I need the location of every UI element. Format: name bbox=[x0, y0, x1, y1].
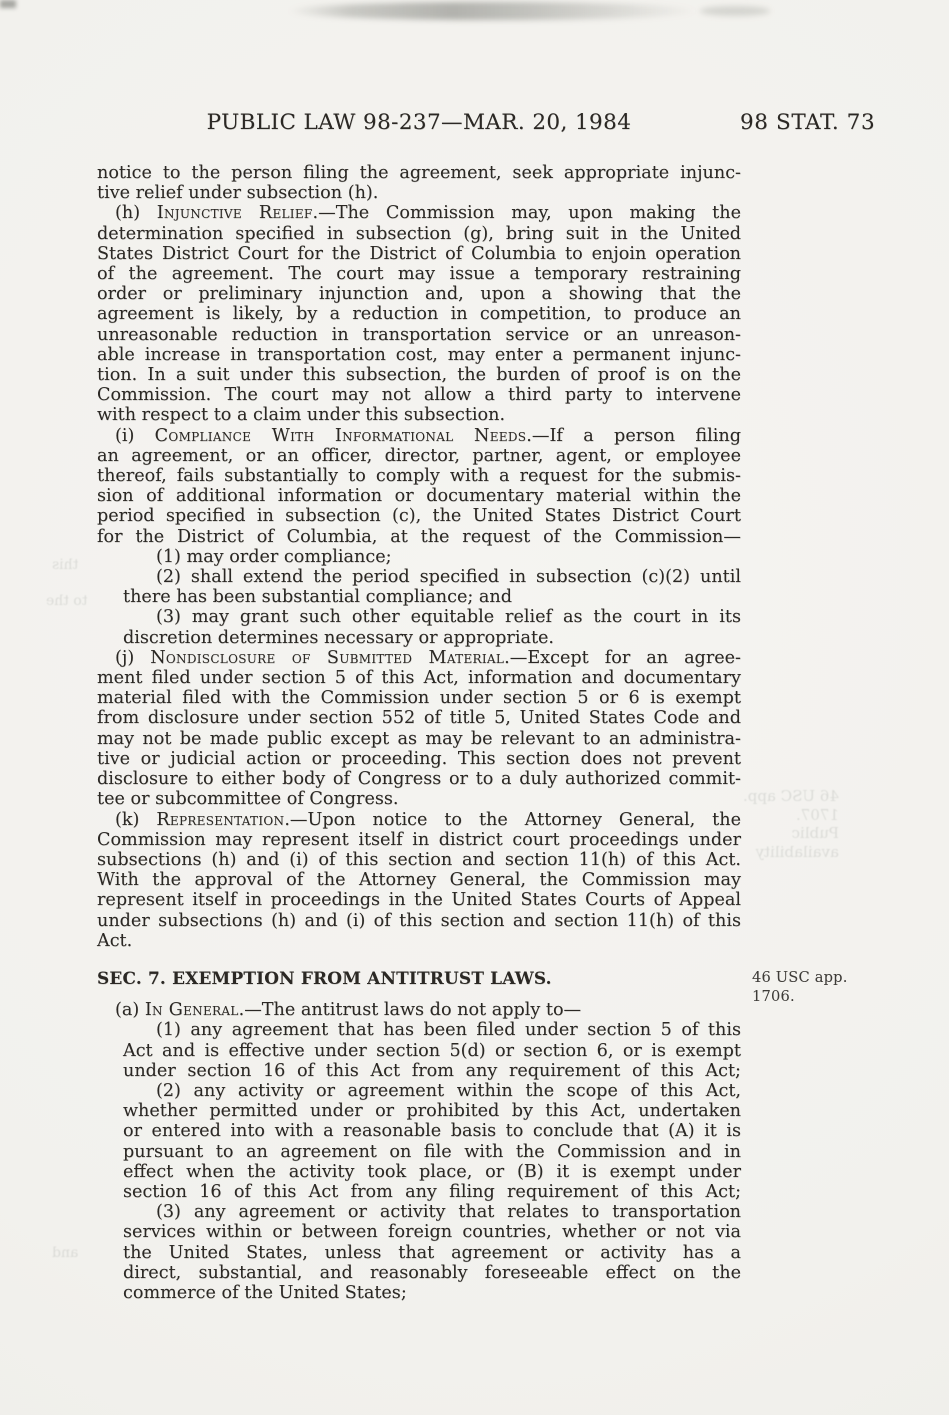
text-line: (k) Representation.—Upon notice to the A… bbox=[97, 810, 741, 830]
text-segment: (k) bbox=[115, 810, 156, 830]
text-segment: SEC. 7. EXEMPTION FROM ANTITRUST LAWS. bbox=[97, 968, 552, 988]
text-line: discretion determines necessary or appro… bbox=[123, 628, 741, 648]
bleedthrough-word: and bbox=[52, 1244, 78, 1263]
text-segment: thereof, fails substantially to comply w… bbox=[97, 466, 741, 486]
text-segment: Act. bbox=[97, 931, 132, 951]
text-segment: subsections (h) and (i) of this section … bbox=[97, 850, 741, 870]
text-line: may not be made public except as may be … bbox=[97, 729, 741, 749]
text-segment: (1) any agreement that has been filed un… bbox=[156, 1020, 741, 1040]
text-segment: tee or subcommittee of Congress. bbox=[97, 789, 399, 809]
text-segment: with respect to a claim under this subse… bbox=[97, 405, 505, 425]
ghost-text-line: to the bbox=[46, 592, 87, 611]
text-line: tion. In a suit under this subsection, t… bbox=[97, 365, 741, 385]
text-segment: from disclosure under section 552 of tit… bbox=[97, 708, 741, 728]
text-line: (a) In General.—The antitrust laws do no… bbox=[97, 1000, 741, 1020]
text-segment: tive relief under subsection (h). bbox=[97, 183, 378, 203]
text-line: whether permitted under or prohibited by… bbox=[123, 1101, 741, 1121]
text-segment: the United States, unless that agreement… bbox=[123, 1243, 741, 1263]
subitem-a-1: (1) any agreement that has been filed un… bbox=[123, 1020, 741, 1081]
text-segment: sion of additional information or docume… bbox=[97, 486, 741, 506]
paragraph-h-injunctive-relief: (h) Injunctive Relief.—The Commission ma… bbox=[97, 203, 741, 425]
text-line: of the agreement. The court may issue a … bbox=[97, 264, 741, 284]
text-segment: an agreement, or an officer, director, p… bbox=[97, 446, 741, 466]
running-header-law-title: PUBLIC LAW 98-237—MAR. 20, 1984 bbox=[97, 110, 741, 135]
text-segment: order or preliminary injunction and, upo… bbox=[97, 284, 741, 304]
ghost-text-line: 46 USC app. bbox=[743, 787, 839, 806]
ghost-text-line: this bbox=[52, 556, 78, 575]
text-segment: (3) any agreement or activity that relat… bbox=[156, 1202, 741, 1222]
text-line: disclosure to either body of Congress or… bbox=[97, 769, 741, 789]
text-line: tive relief under subsection (h). bbox=[97, 183, 741, 203]
scan-smudge-artifact bbox=[288, 2, 698, 20]
text-line: unreasonable reduction in transportation… bbox=[97, 325, 741, 345]
text-segment: section 16 of this Act from any filing r… bbox=[123, 1182, 741, 1202]
text-line: represent itself in proceedings in the U… bbox=[97, 890, 741, 910]
paragraph-runover: notice to the person filing the agreemen… bbox=[97, 163, 741, 203]
text-segment: .—The Commission may, upon making the bbox=[313, 203, 741, 223]
bleedthrough-word: to the bbox=[46, 592, 87, 611]
text-line: Commission may represent itself in distr… bbox=[97, 830, 741, 850]
text-line: agreement is likely, by a reduction in c… bbox=[97, 304, 741, 324]
text-line: able increase in transportation cost, ma… bbox=[97, 345, 741, 365]
running-header-statute-page: 98 STAT. 73 bbox=[740, 110, 875, 135]
text-segment: ment filed under section 5 of this Act, … bbox=[97, 668, 741, 688]
text-line: section 16 of this Act from any filing r… bbox=[123, 1182, 741, 1202]
text-segment: (2) shall extend the period specified in… bbox=[156, 567, 741, 587]
text-line: With the approval of the Attorney Genera… bbox=[97, 870, 741, 890]
text-line: direct, substantial, and reasonably fore… bbox=[123, 1263, 741, 1283]
text-segment: represent itself in proceedings in the U… bbox=[97, 890, 741, 910]
text-line: subsections (h) and (i) of this section … bbox=[97, 850, 741, 870]
text-line: SEC. 7. EXEMPTION FROM ANTITRUST LAWS. bbox=[97, 968, 741, 988]
text-segment: able increase in transportation cost, ma… bbox=[97, 345, 741, 365]
text-segment: direct, substantial, and reasonably fore… bbox=[123, 1263, 741, 1283]
subitem-i-2: (2) shall extend the period specified in… bbox=[123, 567, 741, 607]
text-line: pursuant to an agreement on file with th… bbox=[123, 1142, 741, 1162]
text-line: under section 16 of this Act from any re… bbox=[123, 1061, 741, 1081]
text-segment: .—If a person filing bbox=[526, 426, 741, 446]
text-segment: or entered into with a reasonable basis … bbox=[123, 1121, 741, 1141]
text-line: commerce of the United States; bbox=[123, 1283, 741, 1303]
paragraph-k-representation: (k) Representation.—Upon notice to the A… bbox=[97, 810, 741, 951]
text-line: (2) any activity or agreement within the… bbox=[123, 1081, 741, 1101]
text-line: effect when the activity took place, or … bbox=[123, 1162, 741, 1182]
scan-speck-artifact bbox=[700, 6, 770, 16]
scan-speck-artifact bbox=[0, 0, 16, 8]
text-line: there has been substantial compliance; a… bbox=[123, 587, 741, 607]
text-segment: may not be made public except as may be … bbox=[97, 729, 741, 749]
margin-note-line: 1706. bbox=[752, 988, 902, 1007]
small-caps-label: Injunctive Relief bbox=[157, 203, 313, 223]
small-caps-label: Nondisclosure of Submitted Material bbox=[150, 648, 504, 668]
text-segment: (2) any activity or agreement within the… bbox=[156, 1081, 741, 1101]
text-line: period specified in subsection (c), the … bbox=[97, 506, 741, 526]
paragraph-i-compliance: (i) Compliance With Informational Needs.… bbox=[97, 426, 741, 547]
text-segment: under subsections (h) and (i) of this se… bbox=[97, 911, 741, 931]
text-segment: Commission. The court may not allow a th… bbox=[97, 385, 741, 405]
text-line: material filed with the Commission under… bbox=[97, 688, 741, 708]
margin-note-usc-citation: 46 USC app.1706. bbox=[752, 969, 902, 1007]
text-segment: Commission may represent itself in distr… bbox=[97, 830, 741, 850]
text-line: ment filed under section 5 of this Act, … bbox=[97, 668, 741, 688]
text-line: or entered into with a reasonable basis … bbox=[123, 1121, 741, 1141]
subitem-a-2: (2) any activity or agreement within the… bbox=[123, 1081, 741, 1202]
text-line: (1) any agreement that has been filed un… bbox=[123, 1020, 741, 1040]
ghost-text-line: and bbox=[52, 1244, 78, 1263]
ghost-text-line: Public bbox=[743, 824, 839, 843]
subitem-i-3: (3) may grant such other equitable relie… bbox=[123, 607, 741, 647]
bleedthrough-word: this bbox=[52, 556, 78, 575]
text-segment: agreement is likely, by a reduction in c… bbox=[97, 304, 741, 324]
text-line: (3) may grant such other equitable relie… bbox=[123, 607, 741, 627]
text-line: thereof, fails substantially to comply w… bbox=[97, 466, 741, 486]
text-segment: (a) bbox=[115, 1000, 145, 1020]
text-segment: commerce of the United States; bbox=[123, 1283, 407, 1303]
text-segment: tion. In a suit under this subsection, t… bbox=[97, 365, 741, 385]
text-segment: disclosure to either body of Congress or… bbox=[97, 769, 741, 789]
statute-text-column: notice to the person filing the agreemen… bbox=[97, 163, 741, 1303]
text-line: under subsections (h) and (i) of this se… bbox=[97, 911, 741, 931]
paragraph-j-nondisclosure: (j) Nondisclosure of Submitted Material.… bbox=[97, 648, 741, 810]
text-line: (3) any agreement or activity that relat… bbox=[123, 1202, 741, 1222]
scanned-statute-page: PUBLIC LAW 98-237—MAR. 20, 1984 98 STAT.… bbox=[0, 0, 949, 1415]
text-segment: (3) may grant such other equitable relie… bbox=[156, 607, 741, 627]
text-line: Act. bbox=[97, 931, 741, 951]
ghost-text-line: 1707. bbox=[743, 806, 839, 825]
text-line: an agreement, or an officer, director, p… bbox=[97, 446, 741, 466]
text-line: Act and is effective under section 5(d) … bbox=[123, 1041, 741, 1061]
text-line: (h) Injunctive Relief.—The Commission ma… bbox=[97, 203, 741, 223]
text-line: (i) Compliance With Informational Needs.… bbox=[97, 426, 741, 446]
text-segment: (i) bbox=[115, 426, 155, 446]
text-line: order or preliminary injunction and, upo… bbox=[97, 284, 741, 304]
bleedthrough-margin-note: 46 USC app.1707.Publicavailability bbox=[743, 787, 839, 861]
text-line: States District Court for the District o… bbox=[97, 244, 741, 264]
text-segment: tive or judicial action or proceeding. T… bbox=[97, 749, 741, 769]
text-segment: Act and is effective under section 5(d) … bbox=[123, 1041, 741, 1061]
text-segment: .—The antitrust laws do not apply to— bbox=[239, 1000, 582, 1020]
text-line: sion of additional information or docume… bbox=[97, 486, 741, 506]
text-segment: With the approval of the Attorney Genera… bbox=[97, 870, 741, 890]
text-segment: (j) bbox=[115, 648, 150, 668]
text-line: tive or judicial action or proceeding. T… bbox=[97, 749, 741, 769]
text-segment: .—Except for an agree- bbox=[504, 648, 741, 668]
ghost-text-line: availability bbox=[743, 843, 839, 862]
subitem-i-1: (1) may order compliance; bbox=[123, 547, 741, 567]
section-7-heading: SEC. 7. EXEMPTION FROM ANTITRUST LAWS.46… bbox=[97, 968, 741, 988]
text-segment: period specified in subsection (c), the … bbox=[97, 506, 741, 526]
text-line: notice to the person filing the agreemen… bbox=[97, 163, 741, 183]
text-segment: (h) bbox=[115, 203, 157, 223]
text-segment: material filed with the Commission under… bbox=[97, 688, 741, 708]
paragraph-a-in-general: (a) In General.—The antitrust laws do no… bbox=[97, 1000, 741, 1020]
text-line: tee or subcommittee of Congress. bbox=[97, 789, 741, 809]
small-caps-label: In General bbox=[145, 1000, 239, 1020]
text-segment: discretion determines necessary or appro… bbox=[123, 628, 554, 648]
text-line: with respect to a claim under this subse… bbox=[97, 405, 741, 425]
text-segment: notice to the person filing the agreemen… bbox=[97, 163, 741, 183]
text-segment: there has been substantial compliance; a… bbox=[123, 587, 512, 607]
text-segment: pursuant to an agreement on file with th… bbox=[123, 1142, 741, 1162]
text-line: from disclosure under section 552 of tit… bbox=[97, 708, 741, 728]
small-caps-label: Representation bbox=[156, 810, 284, 830]
text-line: (j) Nondisclosure of Submitted Material.… bbox=[97, 648, 741, 668]
text-line: services within or between foreign count… bbox=[123, 1222, 741, 1242]
small-caps-label: Compliance With Informational Needs bbox=[155, 426, 527, 446]
text-line: (1) may order compliance; bbox=[123, 547, 741, 567]
text-segment: under section 16 of this Act from any re… bbox=[123, 1061, 741, 1081]
text-segment: determination specified in subsection (g… bbox=[97, 224, 741, 244]
text-line: (2) shall extend the period specified in… bbox=[123, 567, 741, 587]
text-segment: whether permitted under or prohibited by… bbox=[123, 1101, 741, 1121]
margin-note-line: 46 USC app. bbox=[752, 969, 902, 988]
text-segment: States District Court for the District o… bbox=[97, 244, 741, 264]
text-segment: services within or between foreign count… bbox=[123, 1222, 741, 1242]
text-segment: of the agreement. The court may issue a … bbox=[97, 264, 741, 284]
text-line: for the District of Columbia, at the req… bbox=[97, 527, 741, 547]
text-segment: (1) may order compliance; bbox=[156, 547, 392, 567]
text-line: Commission. The court may not allow a th… bbox=[97, 385, 741, 405]
text-line: the United States, unless that agreement… bbox=[123, 1243, 741, 1263]
text-line: determination specified in subsection (g… bbox=[97, 224, 741, 244]
text-segment: .—Upon notice to the Attorney General, t… bbox=[284, 810, 741, 830]
text-segment: for the District of Columbia, at the req… bbox=[97, 527, 741, 547]
subitem-a-3: (3) any agreement or activity that relat… bbox=[123, 1202, 741, 1303]
text-segment: effect when the activity took place, or … bbox=[123, 1162, 741, 1182]
text-segment: unreasonable reduction in transportation… bbox=[97, 325, 741, 345]
